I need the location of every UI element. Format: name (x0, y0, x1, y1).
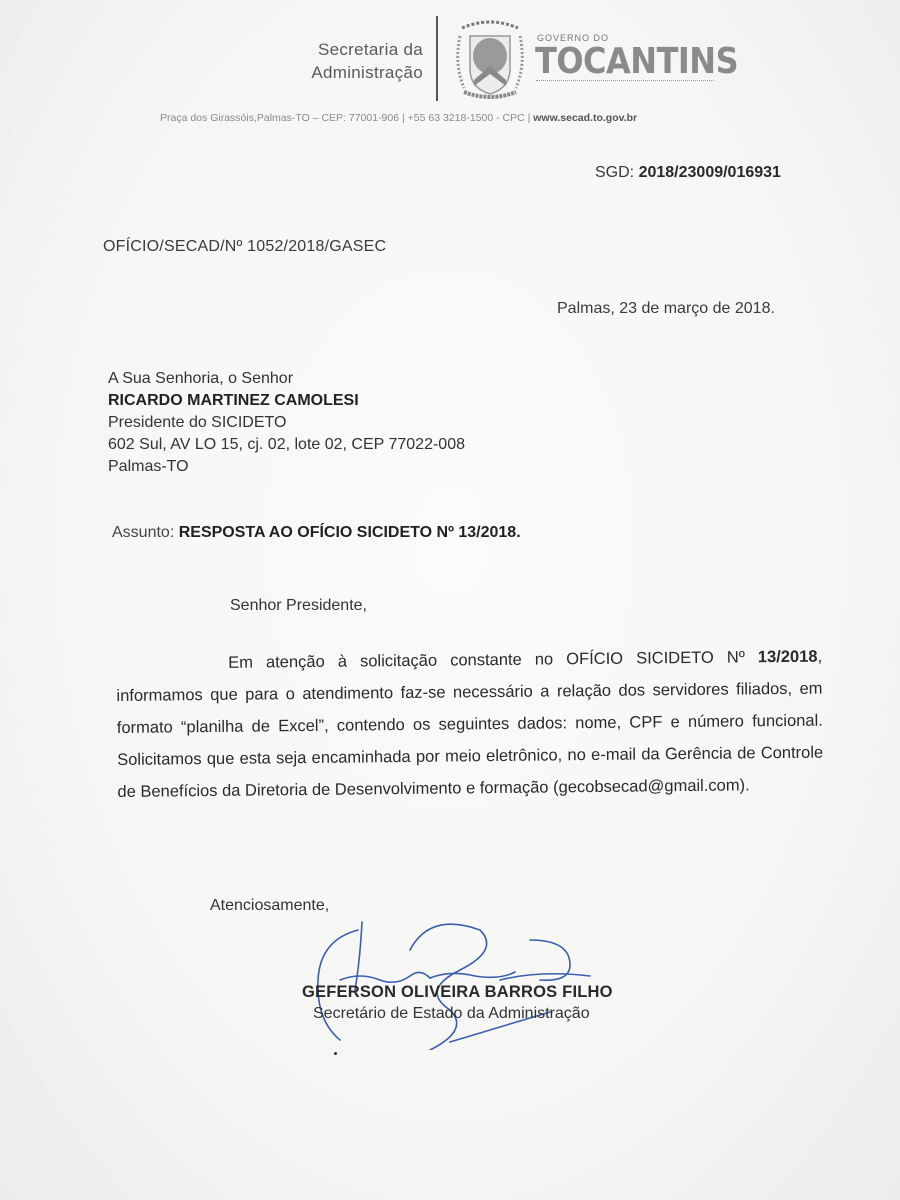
website-link[interactable]: www.secad.to.gov.br (533, 112, 637, 124)
recipient-block: A Sua Senhoria, o Senhor RICARDO MARTINE… (108, 368, 465, 478)
office-reference: OFÍCIO/SECAD/Nº 1052/2018/GASEC (103, 238, 386, 256)
handwritten-signature-icon (300, 910, 600, 1050)
signer-title: Secretário de Estado da Administração (313, 1005, 590, 1023)
subject-text: RESPOSTA AO OFÍCIO SICIDETO Nº 13/2018. (179, 524, 521, 541)
coat-of-arms-icon (450, 14, 530, 104)
sgd-number: SGD: 2018/23009/016931 (595, 164, 781, 182)
greeting: Senhor Presidente, (230, 597, 367, 615)
department-name: Secretaria da Administração (283, 38, 423, 84)
body-part-1: Em atenção à solicitação constante no OF… (228, 648, 758, 672)
letterhead-address: Praça dos Girassóis,Palmas-TO – CEP: 770… (160, 112, 637, 124)
recipient-city: Palmas-TO (108, 456, 465, 478)
ink-dot (334, 1052, 337, 1055)
recipient-name: RICARDO MARTINEZ CAMOLESI (108, 390, 465, 412)
state-name-logo: TOCANTINS (535, 40, 738, 82)
letter-body: Em atenção à solicitação constante no OF… (116, 641, 824, 808)
department-line-2: Administração (283, 61, 423, 84)
recipient-salutation: A Sua Senhoria, o Senhor (108, 368, 465, 390)
sgd-label: SGD: (595, 164, 634, 181)
letter-date: Palmas, 23 de março de 2018. (557, 300, 775, 318)
department-line-1: Secretaria da (283, 38, 423, 61)
logo-rule (536, 80, 714, 82)
subject-label: Assunto: (112, 524, 174, 541)
recipient-address: 602 Sul, AV LO 15, cj. 02, lote 02, CEP … (108, 434, 465, 456)
header-divider (436, 16, 438, 101)
address-text: Praça dos Girassóis,Palmas-TO – CEP: 770… (160, 112, 530, 124)
sgd-value: 2018/23009/016931 (639, 164, 781, 181)
signer-name: GEFERSON OLIVEIRA BARROS FILHO (302, 983, 613, 1002)
subject-line: Assunto: RESPOSTA AO OFÍCIO SICIDETO Nº … (112, 524, 521, 542)
document-page: Secretaria da Administração GOVERNO DO T… (0, 0, 900, 1200)
body-part-2: , informamos que para o atendimento faz-… (116, 648, 823, 801)
body-bold-reference: 13/2018 (758, 648, 818, 667)
recipient-role: Presidente do SICIDETO (108, 412, 465, 434)
